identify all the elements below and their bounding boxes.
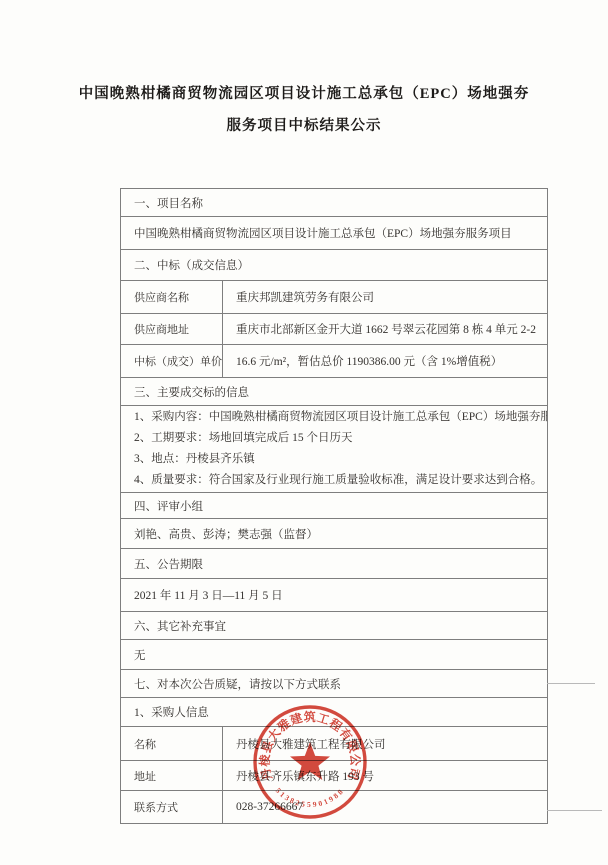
announcement-period-value: 2021 年 11 月 3 日—11 月 5 日 — [121, 579, 548, 612]
section-heading: 六、其它补充事宜 — [121, 612, 548, 640]
detail-line-procurement: 1、采购内容：中国晚熟柑橘商贸物流园区项目设计施工总承包（EPC）场地强夯服务 — [134, 407, 541, 428]
section-heading: 一、项目名称 — [121, 189, 548, 217]
row-section-2: 二、中标（成交信息） — [121, 250, 548, 281]
row-section-7: 七、对本次公告质疑，请按以下方式联系 — [121, 670, 548, 698]
purchaser-address-label: 地址 — [121, 761, 223, 791]
unit-price-value: 16.6 元/m²，暂估总价 1190386.00 元（含 1%增值税） — [223, 345, 548, 378]
supplier-address-value: 重庆市北部新区金开大道 1662 号翠云花园第 8 栋 4 单元 2-2 — [223, 314, 548, 345]
purchaser-info-heading: 1、采购人信息 — [121, 698, 548, 727]
purchaser-address-value: 丹棱县齐乐镇东升路 193 号 — [223, 761, 548, 791]
supplier-name-label: 供应商名称 — [121, 281, 223, 314]
purchaser-name-value: 丹棱县大雅建筑工程有限公司 — [223, 727, 548, 761]
supplier-name-value: 重庆邦凯建筑劳务有限公司 — [223, 281, 548, 314]
row-section-4: 四、评审小组 — [121, 493, 548, 519]
row-purchaser-address: 地址 丹棱县齐乐镇东升路 193 号 — [121, 761, 548, 791]
section-heading: 七、对本次公告质疑，请按以下方式联系 — [121, 670, 548, 698]
row-section-5: 五、公告期限 — [121, 549, 548, 579]
detail-line-schedule: 2、工期要求：场地回填完成后 15 个日历天 — [134, 428, 541, 449]
scan-artifact-line — [547, 683, 595, 684]
row-contact: 联系方式 028-37266667 — [121, 791, 548, 824]
announcement-title: 中国晚熟柑橘商贸物流园区项目设计施工总承包（EPC）场地强夯 服务项目中标结果公… — [0, 84, 608, 136]
scan-artifact-line — [547, 810, 602, 811]
supplier-address-label: 供应商地址 — [121, 314, 223, 345]
row-announcement-period: 2021 年 11 月 3 日—11 月 5 日 — [121, 579, 548, 612]
detail-line-quality: 4、质量要求：符合国家及行业现行施工质量验收标准，满足设计要求达到合格。 — [134, 470, 541, 491]
contact-value: 028-37266667 — [223, 791, 548, 824]
row-project-name: 中国晚熟柑橘商贸物流园区项目设计施工总承包（EPC）场地强夯服务项目 — [121, 217, 548, 250]
section-heading: 三、主要成交标的信息 — [121, 378, 548, 406]
bid-result-table: 一、项目名称 中国晚熟柑橘商贸物流园区项目设计施工总承包（EPC）场地强夯服务项… — [120, 188, 548, 824]
project-name-value: 中国晚熟柑橘商贸物流园区项目设计施工总承包（EPC）场地强夯服务项目 — [121, 217, 548, 250]
row-subject-details: 1、采购内容：中国晚熟柑橘商贸物流园区项目设计施工总承包（EPC）场地强夯服务 … — [121, 406, 548, 493]
row-section-3: 三、主要成交标的信息 — [121, 378, 548, 406]
section-heading: 二、中标（成交信息） — [121, 250, 548, 281]
title-line-1: 中国晚熟柑橘商贸物流园区项目设计施工总承包（EPC）场地强夯 — [0, 84, 608, 104]
title-line-2: 服务项目中标结果公示 — [0, 116, 608, 136]
unit-price-label: 中标（成交）单价 — [121, 345, 223, 378]
subject-details-cell: 1、采购内容：中国晚熟柑橘商贸物流园区项目设计施工总承包（EPC）场地强夯服务 … — [121, 406, 548, 493]
row-unit-price: 中标（成交）单价 16.6 元/m²，暂估总价 1190386.00 元（含 1… — [121, 345, 548, 378]
section-heading: 四、评审小组 — [121, 493, 548, 519]
document-page: 中国晚熟柑橘商贸物流园区项目设计施工总承包（EPC）场地强夯 服务项目中标结果公… — [0, 0, 608, 865]
contact-label: 联系方式 — [121, 791, 223, 824]
row-supplementary: 无 — [121, 640, 548, 670]
row-section-6: 六、其它补充事宜 — [121, 612, 548, 640]
row-supplier-address: 供应商地址 重庆市北部新区金开大道 1662 号翠云花园第 8 栋 4 单元 2… — [121, 314, 548, 345]
row-supplier-name: 供应商名称 重庆邦凯建筑劳务有限公司 — [121, 281, 548, 314]
detail-line-location: 3、地点：丹棱县齐乐镇 — [134, 449, 541, 470]
row-purchaser-name: 名称 丹棱县大雅建筑工程有限公司 — [121, 727, 548, 761]
purchaser-name-label: 名称 — [121, 727, 223, 761]
row-purchaser-heading: 1、采购人信息 — [121, 698, 548, 727]
evaluators-value: 刘艳、高贵、彭涛；樊志强（监督） — [121, 519, 548, 549]
row-evaluators: 刘艳、高贵、彭涛；樊志强（监督） — [121, 519, 548, 549]
row-section-1: 一、项目名称 — [121, 189, 548, 217]
section-heading: 五、公告期限 — [121, 549, 548, 579]
supplementary-value: 无 — [121, 640, 548, 670]
